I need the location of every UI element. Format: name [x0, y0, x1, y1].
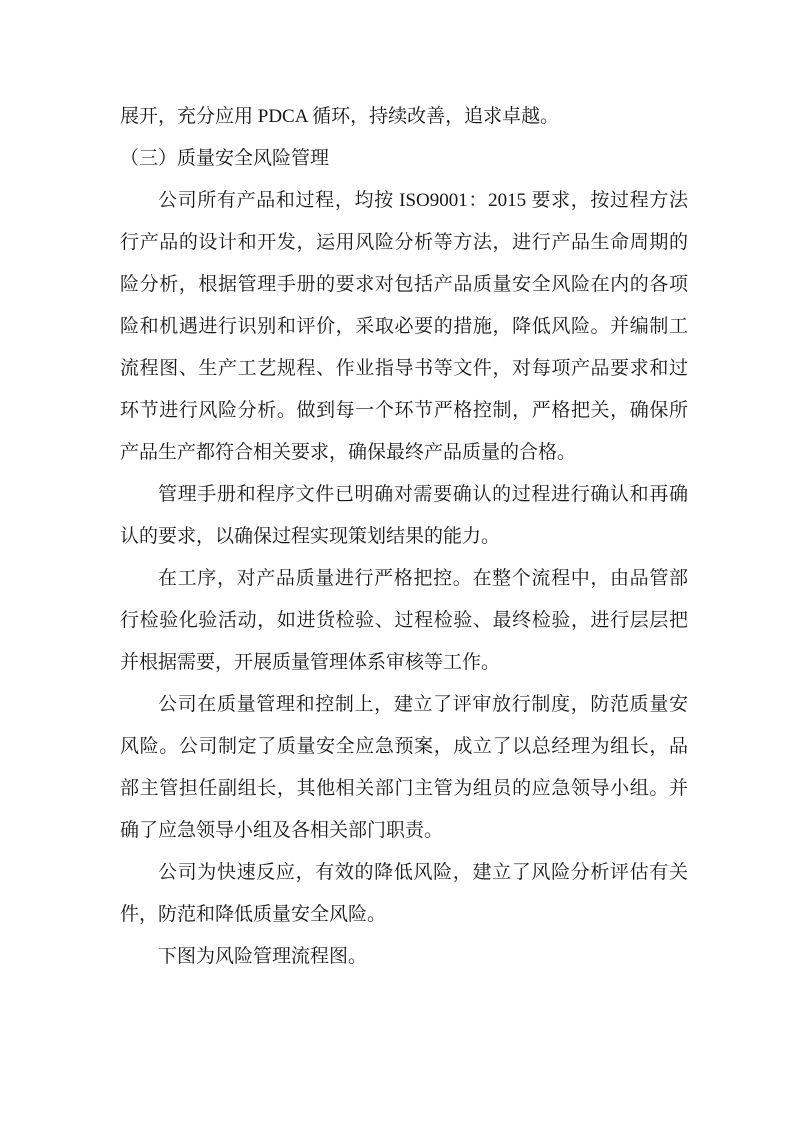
- text-line: 在工序，对产品质量进行严格把控。在整个流程中，由品管部进: [120, 558, 688, 600]
- paragraph-end-line: 下图为风险管理流程图。: [120, 936, 688, 978]
- section-heading: （三）质量安全风险管理: [120, 138, 688, 180]
- paragraph-end-line: 确了应急领导小组及各相关部门职责。: [120, 810, 688, 852]
- text-line: 公司为快速反应，有效的降低风险，建立了风险分析评估有关文: [120, 852, 688, 894]
- paragraph-end-line: 并根据需要，开展质量管理体系审核等工作。: [120, 642, 688, 684]
- paragraph-continuation-line: 展开，充分应用 PDCA 循环，持续改善，追求卓越。: [120, 96, 688, 138]
- paragraph-end-line: 认的要求，以确保过程实现策划结果的能力。: [120, 516, 688, 558]
- text-line: 环节进行风险分析。做到每一个环节严格控制，严格把关，确保所有: [120, 390, 688, 432]
- paragraph-end-line: 件，防范和降低质量安全风险。: [120, 894, 688, 936]
- text-line: 行产品的设计和开发，运用风险分析等方法，进行产品生命周期的风: [120, 222, 688, 264]
- paragraph-end-line: 产品生产都符合相关要求，确保最终产品质量的合格。: [120, 432, 688, 474]
- text-line: 流程图、生产工艺规程、作业指导书等文件，对每项产品要求和过程: [120, 348, 688, 390]
- text-line: 管理手册和程序文件已明确对需要确认的过程进行确认和再确: [120, 474, 688, 516]
- text-line: 行检验化验活动，如进货检验、过程检验、最终检验，进行层层把关。: [120, 600, 688, 642]
- text-line: 部主管担任副组长，其他相关部门主管为组员的应急领导小组。并明: [120, 768, 688, 810]
- document-page: 展开，充分应用 PDCA 循环，持续改善，追求卓越。 （三）质量安全风险管理 公…: [0, 0, 800, 1131]
- text-line: 险分析，根据管理手册的要求对包括产品质量安全风险在内的各项风: [120, 264, 688, 306]
- text-line: 公司所有产品和过程，均按 ISO9001：2015 要求，按过程方法进: [120, 180, 688, 222]
- text-block: 展开，充分应用 PDCA 循环，持续改善，追求卓越。 （三）质量安全风险管理 公…: [120, 96, 688, 978]
- text-line: 风险。公司制定了质量安全应急预案，成立了以总经理为组长，品管: [120, 726, 688, 768]
- text-line: 险和机遇进行识别和评价，采取必要的措施，降低风险。并编制工艺: [120, 306, 688, 348]
- text-line: 公司在质量管理和控制上，建立了评审放行制度，防范质量安全: [120, 684, 688, 726]
